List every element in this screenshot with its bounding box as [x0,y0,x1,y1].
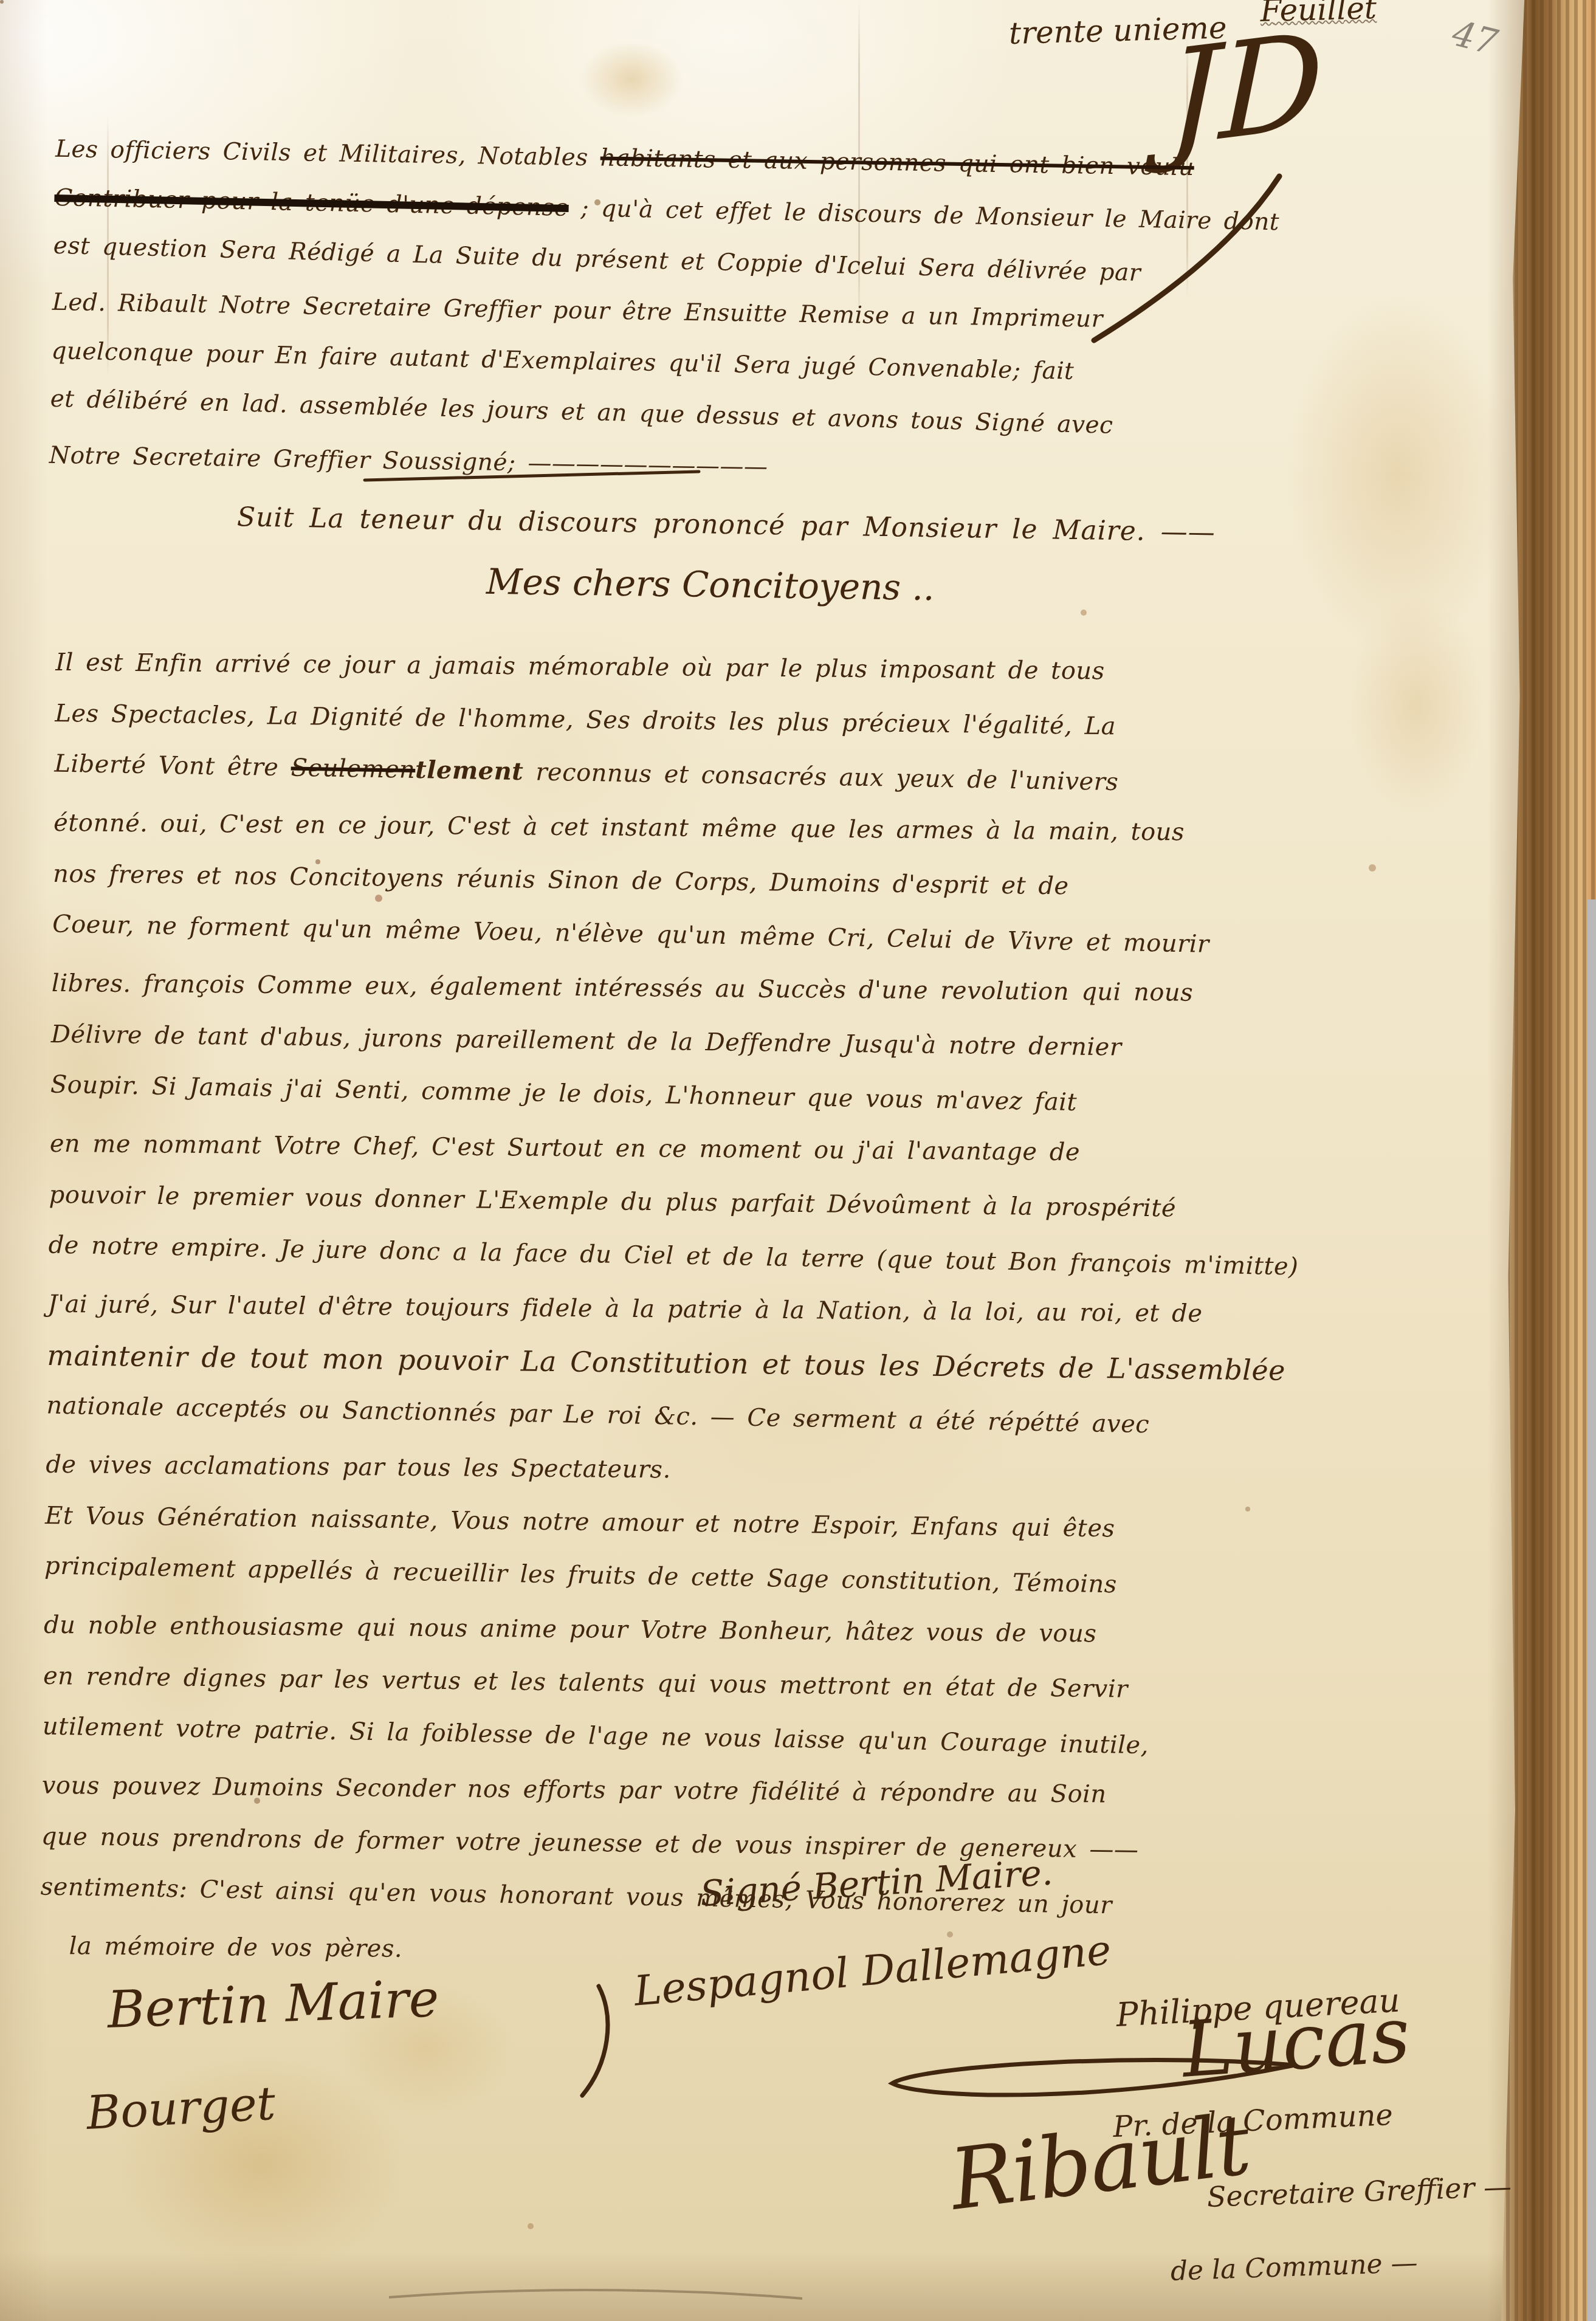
bertin-paraph-stroke [582,1986,608,2096]
signature-bertin-maire: Bertin Maire [106,1969,440,2040]
signature-ribault-title2: de la Commune — [1170,2247,1418,2287]
bottom-ghost-stroke [389,2290,802,2299]
binding-shadow [1488,0,1524,2321]
struck-text: habitants et aux personnes qui ont bien … [600,144,1194,181]
signature-bourget: Bourget [85,2076,277,2140]
speech-intro-line: Suit La teneur du discours prononcé par … [237,501,1216,548]
manuscript-page: trente unieme Feuillet 47 JD Les officie… [0,0,1596,2321]
ink-speckles [0,0,4,4]
speech-body: Il est Enfin arrivé ce jour a jamais mém… [40,633,1306,1986]
line-text: Les officiers Civils et Militaires, Nota… [55,136,600,172]
scanner-background [1587,899,1596,2321]
line-text: ; qu'à cet effet le discours de Monsieur… [568,194,1279,236]
overwritten-text: tlement [415,755,524,786]
line-text: Liberté Vont être [54,750,291,782]
opening-paragraph: Les officiers Civils et Militaires, Nota… [49,122,1281,503]
signature-lucas: Lucas [1179,1990,1413,2095]
speech-salutation: Mes chers Concitoyens .. [486,561,935,608]
line-text: reconnus et consacrés aux yeux de l'univ… [523,758,1119,796]
struck-text: Seulemen [291,754,415,784]
struck-text: Contribuer pour la tenüe d'une dépense [54,184,569,222]
